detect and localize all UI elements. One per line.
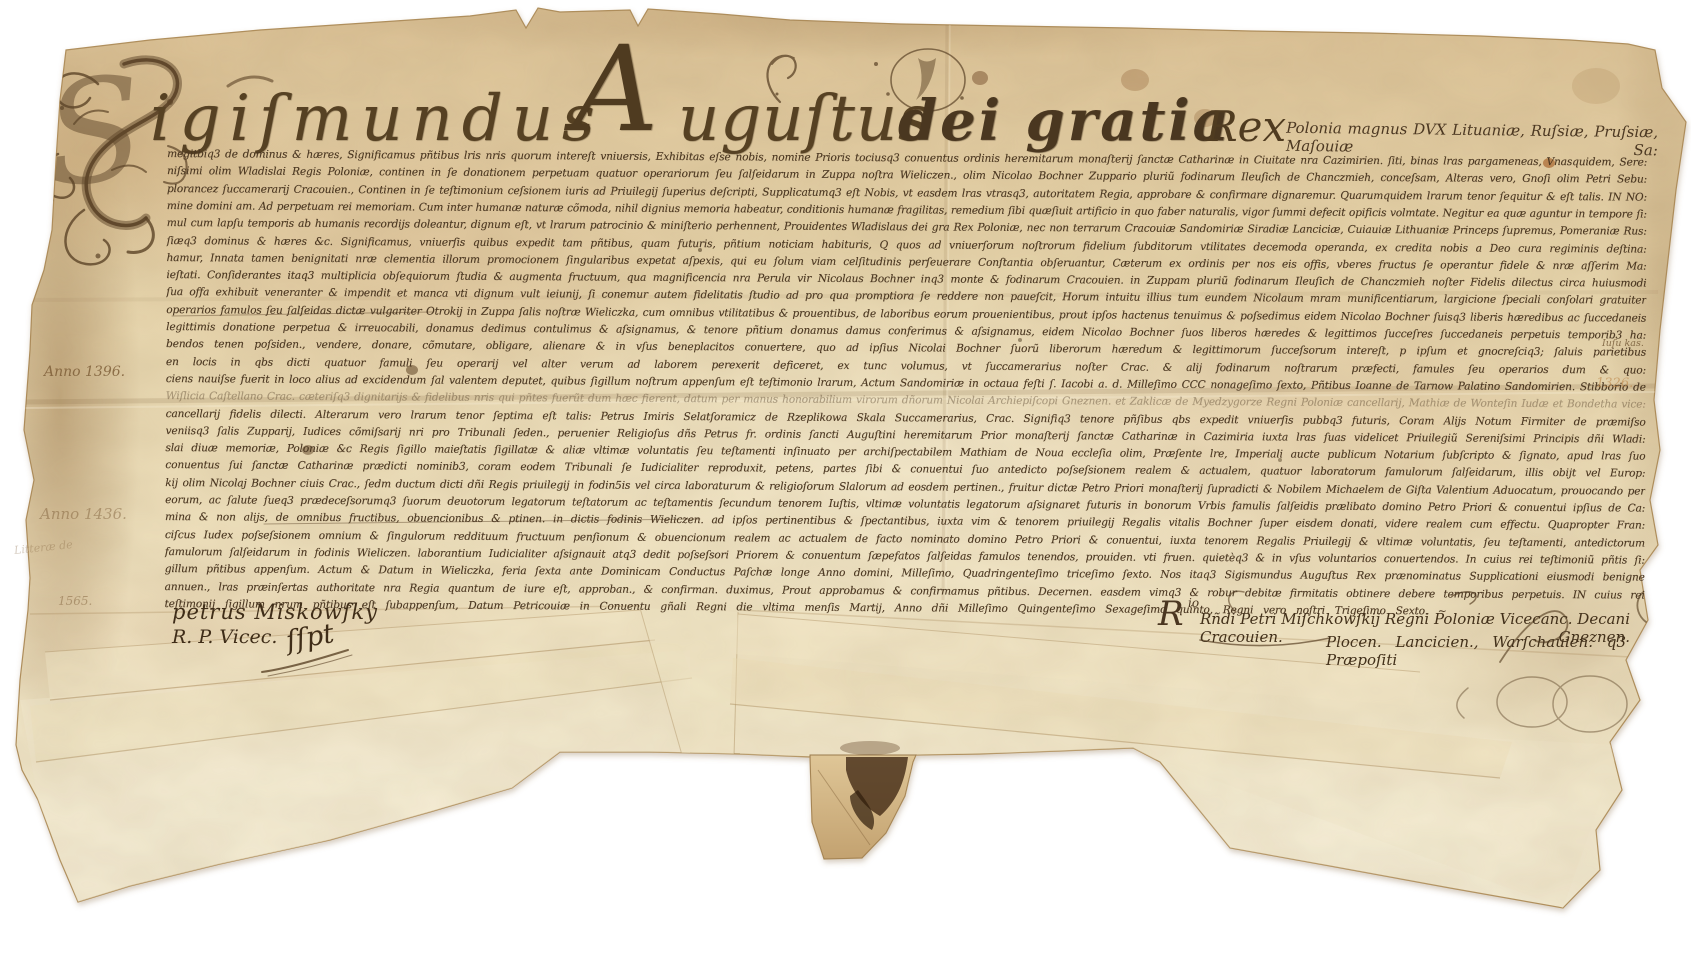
heading-word-a: A (573, 20, 658, 158)
margin-note-year-1565: 1565. (58, 594, 92, 608)
heading-word-rex: Rex (1206, 102, 1286, 151)
screenshot: S igiſmundus A uguſtus dei gratia Rex Po… (0, 0, 1691, 960)
initial-letter: S (38, 45, 152, 219)
margin-note-year-1436: Anno 1436. (40, 505, 127, 523)
stain (1572, 68, 1620, 104)
margin-note-year-1396: Anno 1396. (44, 364, 125, 380)
stain (972, 71, 988, 85)
seal-tag-smear (840, 741, 900, 755)
signature-left-name: petrus Miskowſky (172, 600, 378, 624)
signature-left-title: R. P. Vicec. (172, 626, 277, 648)
signature-right-initial-superscript: io (1188, 596, 1199, 610)
signature-right-line2: Plocen. Lancicien., Warſchauien. q3 Præp… (1326, 633, 1626, 669)
margin-note-year-1326: 1326. (1596, 376, 1633, 391)
margin-note-right: Iuſu kas. (1602, 338, 1644, 349)
heading-word-dei-gratia: dei gratia (898, 88, 1232, 154)
heading-word-sigismundus: igiſmundus (150, 82, 604, 156)
signature-right-initial: R (1158, 594, 1184, 634)
heading-word-ugustus: uguſtus (678, 82, 932, 156)
